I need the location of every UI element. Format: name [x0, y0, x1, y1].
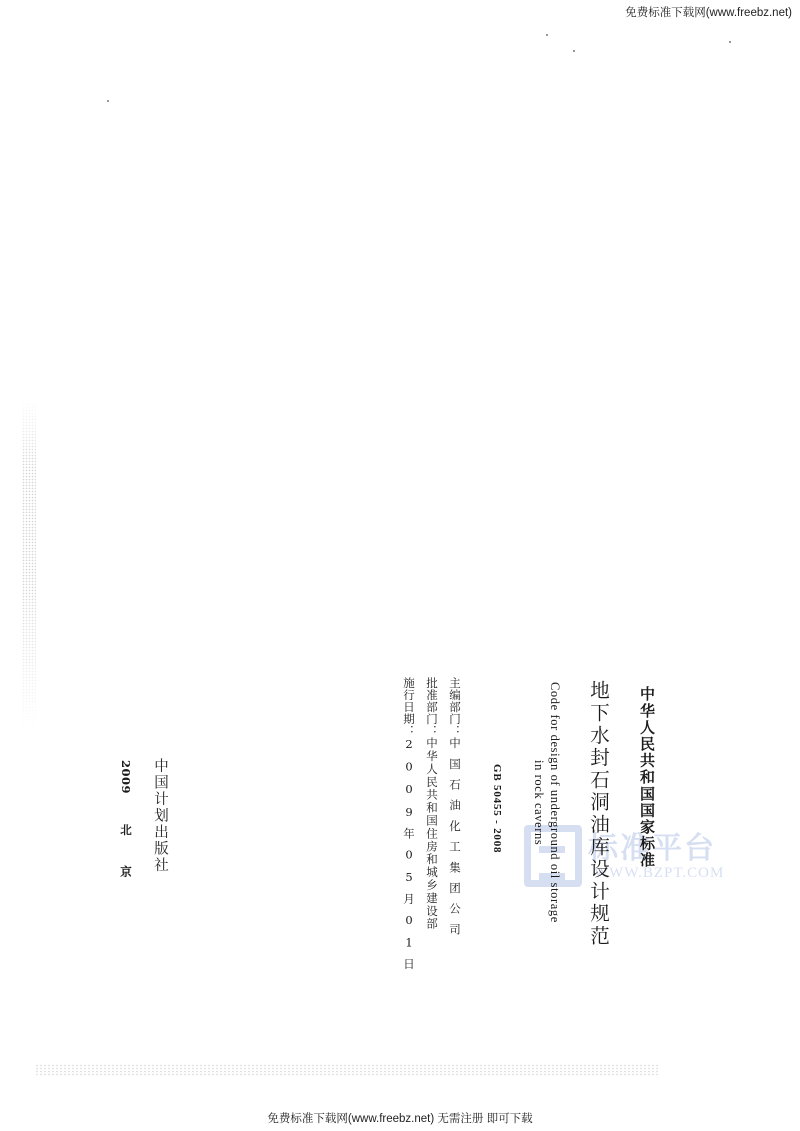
publication-place: 2009北京 — [118, 760, 134, 877]
publisher-name: 中国计划出版社 — [150, 758, 171, 874]
meta-value: 中国石油化工集团公司 — [448, 737, 462, 944]
publish-city-char-2: 京 — [119, 866, 133, 878]
top-download-banner[interactable]: 免费标准下载网(www.freebz.net) — [625, 4, 792, 20]
bottom-download-banner[interactable]: 免费标准下载网(www.freebz.net) 无需注册 即可下载 — [0, 1110, 800, 1126]
watermark-url: WWW.BZPT.COM — [594, 865, 724, 882]
standard-code: GB 50455 - 2008 — [491, 764, 503, 853]
document-page: 免费标准下载网(www.freebz.net) 标准平台 WWW.BZPT.CO… — [0, 0, 800, 1131]
meta-label: 批准部门： — [425, 677, 439, 737]
scan-speck — [107, 100, 109, 102]
standard-category: 中华人民共和国国家标准 — [637, 686, 658, 869]
meta-value: 中华人民共和国住房和城乡建设部 — [425, 737, 439, 931]
scan-noise-bottom — [35, 1064, 660, 1076]
scan-speck — [729, 41, 731, 43]
approval-dept: 批准部门：中华人民共和国住房和城乡建设部 — [424, 677, 440, 931]
meta-label: 施行日期： — [402, 677, 416, 737]
chief-editor-dept: 主编部门：中国石油化工集团公司 — [447, 677, 463, 944]
effective-date: 施行日期：2009年05月01日 — [401, 677, 417, 978]
scan-noise-left — [22, 400, 36, 730]
scan-speck — [546, 34, 548, 36]
title-chinese: 地下水封石洞油库设计规范 — [584, 680, 612, 948]
publish-city-char-1: 北 — [119, 824, 133, 836]
title-english-line-2: in rock caverns — [531, 760, 546, 845]
meta-value: 2009年05月01日 — [402, 737, 416, 978]
meta-label: 主编部门： — [448, 677, 462, 737]
title-english-line-1: Code for design of underground oil stora… — [547, 682, 562, 923]
publish-year: 2009 — [119, 760, 133, 794]
scan-speck — [573, 50, 575, 52]
